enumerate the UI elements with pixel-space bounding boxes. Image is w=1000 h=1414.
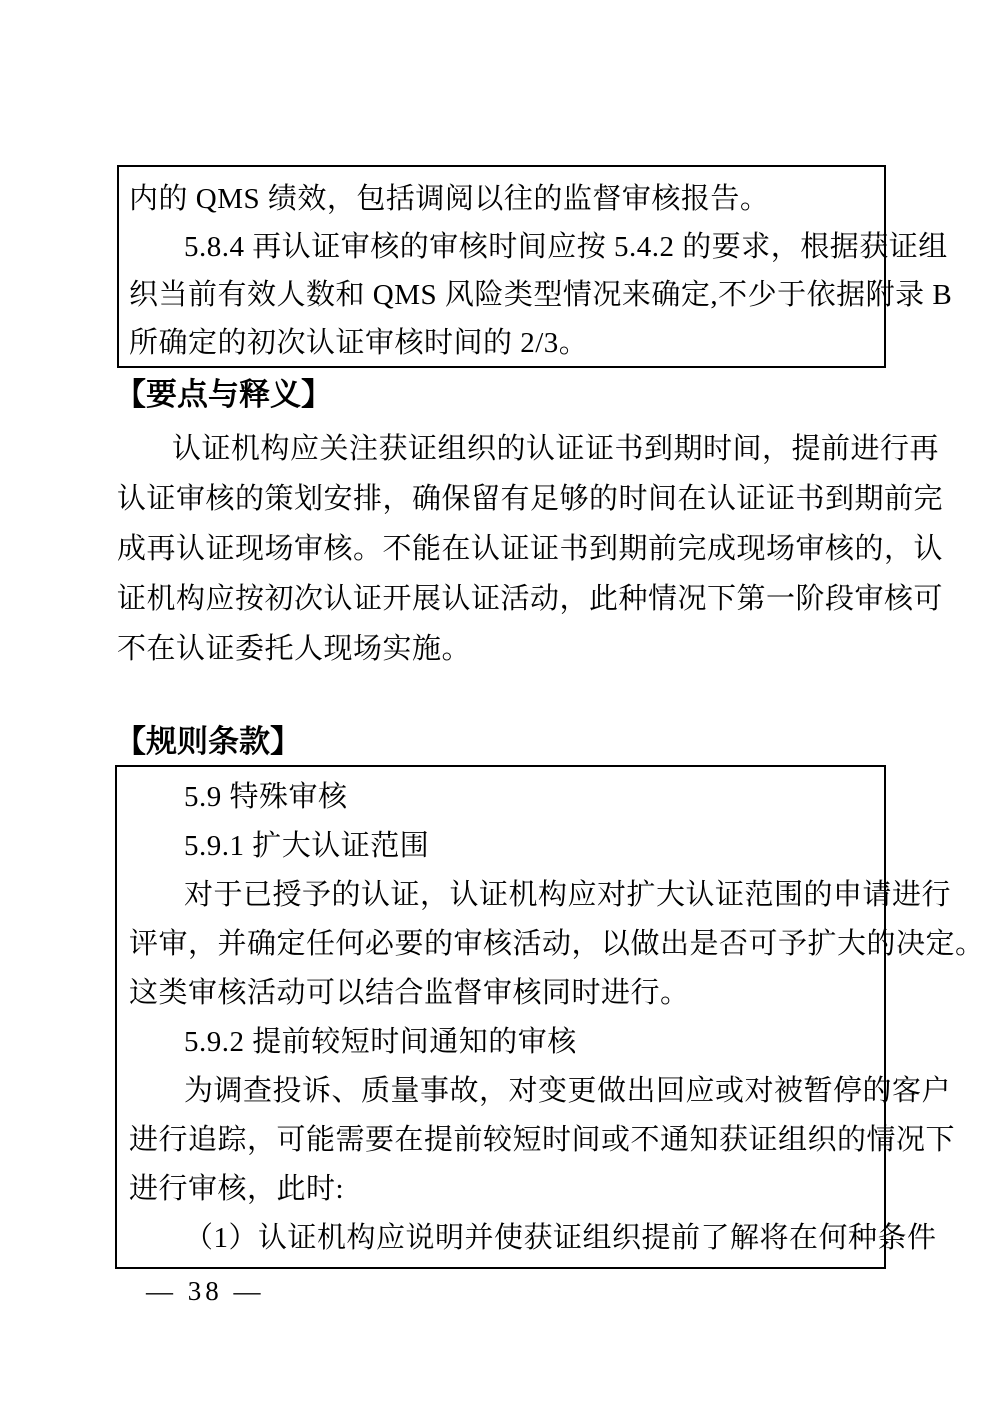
clause-box-special-audit: 5.9 特殊审核 5.9.1 扩大认证范围 对于已授予的认证，认证机构应对扩大认… (115, 765, 886, 1269)
text-line: 所确定的初次认证审核时间的 2/3。 (129, 319, 874, 367)
section-heading-rule-clauses: 【规则条款】 (115, 724, 301, 760)
text-line: 5.9.2 提前较短时间通知的审核 (129, 1018, 874, 1067)
section-heading-key-points: 【要点与释义】 (115, 377, 332, 413)
text-line: 为调查投诉、质量事故，对变更做出回应或对被暂停的客户 (129, 1067, 874, 1116)
page-number: — 38 — (146, 1276, 265, 1307)
text-line: 对于已授予的认证，认证机构应对扩大认证范围的申请进行 (129, 871, 874, 920)
text-line: 5.9 特殊审核 (129, 773, 874, 822)
text-line: 评审，并确定任何必要的审核活动，以做出是否可予扩大的决定。 (129, 920, 874, 969)
text-line: 进行追踪，可能需要在提前较短时间或不通知获证组织的情况下 (129, 1116, 874, 1165)
text-line: 织当前有效人数和 QMS 风险类型情况来确定,不少于依据附录 B (129, 271, 874, 319)
clause-box-recertification: 内的 QMS 绩效，包括调阅以往的监督审核报告。 5.8.4 再认证审核的审核时… (117, 165, 886, 368)
text-line: 5.8.4 再认证审核的审核时间应按 5.4.2 的要求，根据获证组 (129, 223, 874, 271)
text-line: 认证机构应关注获证组织的认证证书到期时间，提前进行再 (117, 424, 892, 474)
text-line: 5.9.1 扩大认证范围 (129, 822, 874, 871)
text-line: 这类审核活动可以结合监督审核同时进行。 (129, 969, 874, 1018)
text-line: 认证审核的策划安排，确保留有足够的时间在认证证书到期前完 (117, 474, 892, 524)
key-points-paragraph: 认证机构应关注获证组织的认证证书到期时间，提前进行再 认证审核的策划安排，确保留… (117, 424, 892, 674)
text-line: 成再认证现场审核。不能在认证证书到期前完成现场审核的，认 (117, 524, 892, 574)
text-line: 证机构应按初次认证开展认证活动，此种情况下第一阶段审核可 (117, 574, 892, 624)
text-line: （1）认证机构应说明并使获证组织提前了解将在何种条件 (129, 1214, 874, 1263)
text-line: 内的 QMS 绩效，包括调阅以往的监督审核报告。 (129, 175, 874, 223)
text-line: 不在认证委托人现场实施。 (117, 624, 892, 674)
text-line: 进行审核，此时: (129, 1165, 874, 1214)
document-page: 内的 QMS 绩效，包括调阅以往的监督审核报告。 5.8.4 再认证审核的审核时… (0, 0, 1000, 1414)
